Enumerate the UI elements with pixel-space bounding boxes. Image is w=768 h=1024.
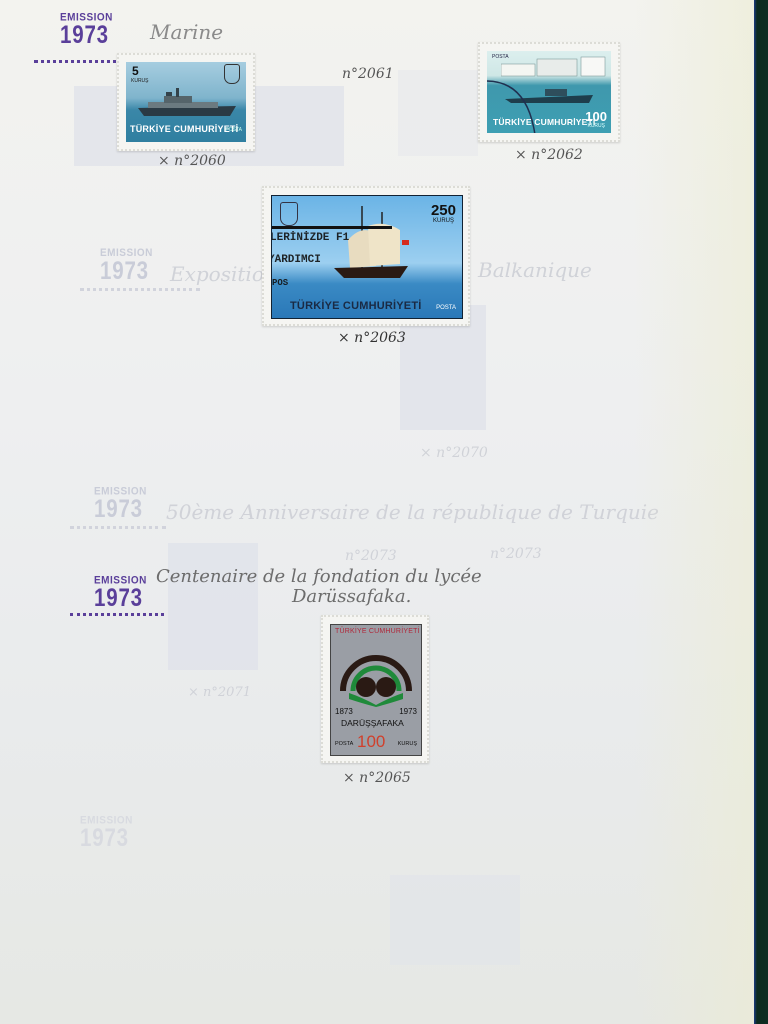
stamp-2060-warship[interactable]: 5 KURUŞ TÜRKİYE CUMHURİYETİ POSTA	[117, 53, 255, 151]
ghost-emission-stamp: EMISSION 1973	[94, 486, 154, 521]
ghost-title: Balkanique	[478, 258, 592, 282]
dotted-underline	[70, 613, 164, 616]
ghost-stamp-imprint	[398, 70, 478, 156]
catalog-number-2065: × n°2065	[343, 770, 411, 786]
section-title-darussafaka: Centenaire de la fondation du lycée	[156, 566, 482, 587]
catalog-number-2060: × n°2060	[158, 153, 226, 169]
ghost-catalog-number: n°2073	[345, 548, 397, 564]
coat-of-arms-icon	[280, 202, 298, 226]
album-page: EMISSION 1973 Exposition Balkanique × n°…	[0, 0, 754, 1024]
coat-of-arms-icon	[224, 64, 240, 84]
ghost-catalog-number: n°2073	[490, 546, 542, 562]
ghost-stamp-imprint	[168, 543, 258, 670]
catalog-number-2063: × n°2063	[338, 330, 406, 346]
ghost-title: 50ème Anniversaire de la république de T…	[166, 500, 659, 524]
darussafaka-logo-icon	[339, 641, 413, 707]
stamp-2063-sailing-ship[interactable]: 250 KURUŞ LERİNİZDE F1 YARDIMCI POS TÜRK…	[262, 186, 470, 326]
ghost-catalog-number: × n°2070	[420, 445, 488, 461]
emission-stamp-marine: EMISSION 1973	[60, 12, 120, 47]
ghost-emission-stamp: EMISSION 1973	[80, 815, 140, 850]
stamp-2062-motorboat[interactable]: POSTA TÜRKİYE CUMHURİYETİ 100 KURUŞ	[478, 42, 620, 142]
album-binder-edge	[754, 0, 768, 1024]
ghost-stamp-imprint	[390, 875, 520, 965]
ghost-title: Exposition	[170, 262, 277, 286]
sailing-ship-icon	[334, 204, 414, 290]
stamp-2065-darussafaka[interactable]: TÜRKİYE CUMHURİYETİ 1873 1973 DARÜŞŞAFAK…	[321, 615, 429, 763]
ghost-emission-stamp: EMISSION 1973	[100, 248, 160, 283]
postmark-bar	[272, 226, 392, 229]
warship-icon	[136, 88, 240, 118]
catalog-number-2062: × n°2062	[515, 147, 583, 163]
catalog-number-2061: n°2061	[342, 66, 394, 82]
ghost-catalog-number: × n°2071	[188, 685, 251, 700]
section-title-marine: Marine	[150, 20, 223, 44]
emission-stamp-darussafaka: EMISSION 1973	[94, 575, 154, 610]
section-title-darussafaka-line2: Darüssafaka.	[292, 586, 411, 607]
